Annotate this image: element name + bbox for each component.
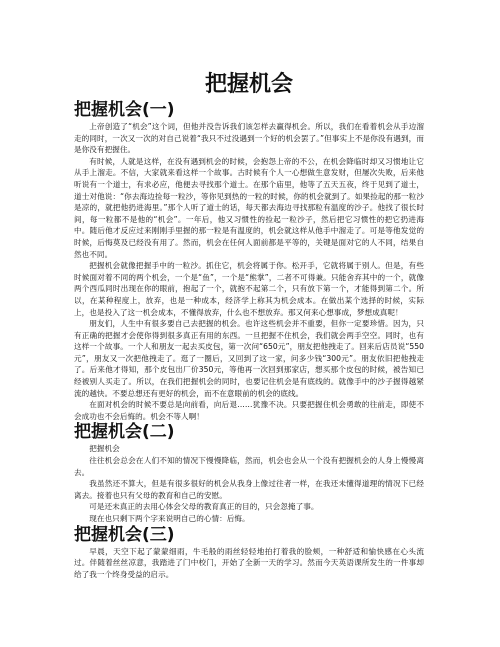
paragraph: 把握机会就像把握手中的一粒沙。抓住它，机会将属于你。松开手，它就将属于别人。但是… xyxy=(74,260,424,318)
paragraph: 往往机会总会在人们不知的情况下慢慢降临，然而，机会也会从一个没有把握机会的人身上… xyxy=(74,455,424,478)
document-page: 把握机会 把握机会(一) 上帝创造了“机会”这个词，但他并没告诉我们该怎样去赢得… xyxy=(74,72,424,580)
section-heading: 把握机会(二) xyxy=(74,422,424,442)
paragraph: 把握机会 xyxy=(74,443,424,455)
paragraph: 现在也只剩下两个字来说明自己的心情：后悔。 xyxy=(74,513,424,525)
paragraph: 有时候，人就是这样，在没有遇到机会的时候，会抱怨上帝的不公，在机会降临时却又习惯… xyxy=(74,156,424,260)
paragraph: 上帝创造了“机会”这个词，但他并没告诉我们该怎样去赢得机会。所以，我们在看着机会… xyxy=(74,121,424,156)
section-heading: 把握机会(一) xyxy=(74,100,424,120)
paragraph: 早晨，天空下起了蒙蒙细雨，牛毛般的雨丝轻轻地拍打着我的脸颊，一种舒适和愉快感在心… xyxy=(74,546,424,581)
section-heading: 把握机会(三) xyxy=(74,525,424,545)
section-1: 把握机会(一) 上帝创造了“机会”这个词，但他并没告诉我们该怎样去赢得机会。所以… xyxy=(74,100,424,422)
document-title: 把握机会 xyxy=(74,72,424,98)
section-3: 把握机会(三) 早晨，天空下起了蒙蒙细雨，牛毛般的雨丝轻轻地拍打着我的脸颊，一种… xyxy=(74,525,424,581)
paragraph: 朋友们，人生中有很多要自己去把握的机会。也许这些机会并不重要，但你一定要珍惜。因… xyxy=(74,318,424,399)
paragraph: 我虽然还不算大，但是有很多很好的机会从我身上像过往者一样，在我还未懂得道理的情况… xyxy=(74,478,424,501)
section-2: 把握机会(二) 把握机会 往往机会总会在人们不知的情况下慢慢降临，然而，机会也会… xyxy=(74,422,424,524)
paragraph: 可是还未真正的去用心体会父母的教育真正的目的，只会忽掩了事。 xyxy=(74,501,424,513)
paragraph: 在面对机会的时候不要总是向前看，向后退……犹豫不决。只要把握住机会勇敢的往前走，… xyxy=(74,399,424,422)
